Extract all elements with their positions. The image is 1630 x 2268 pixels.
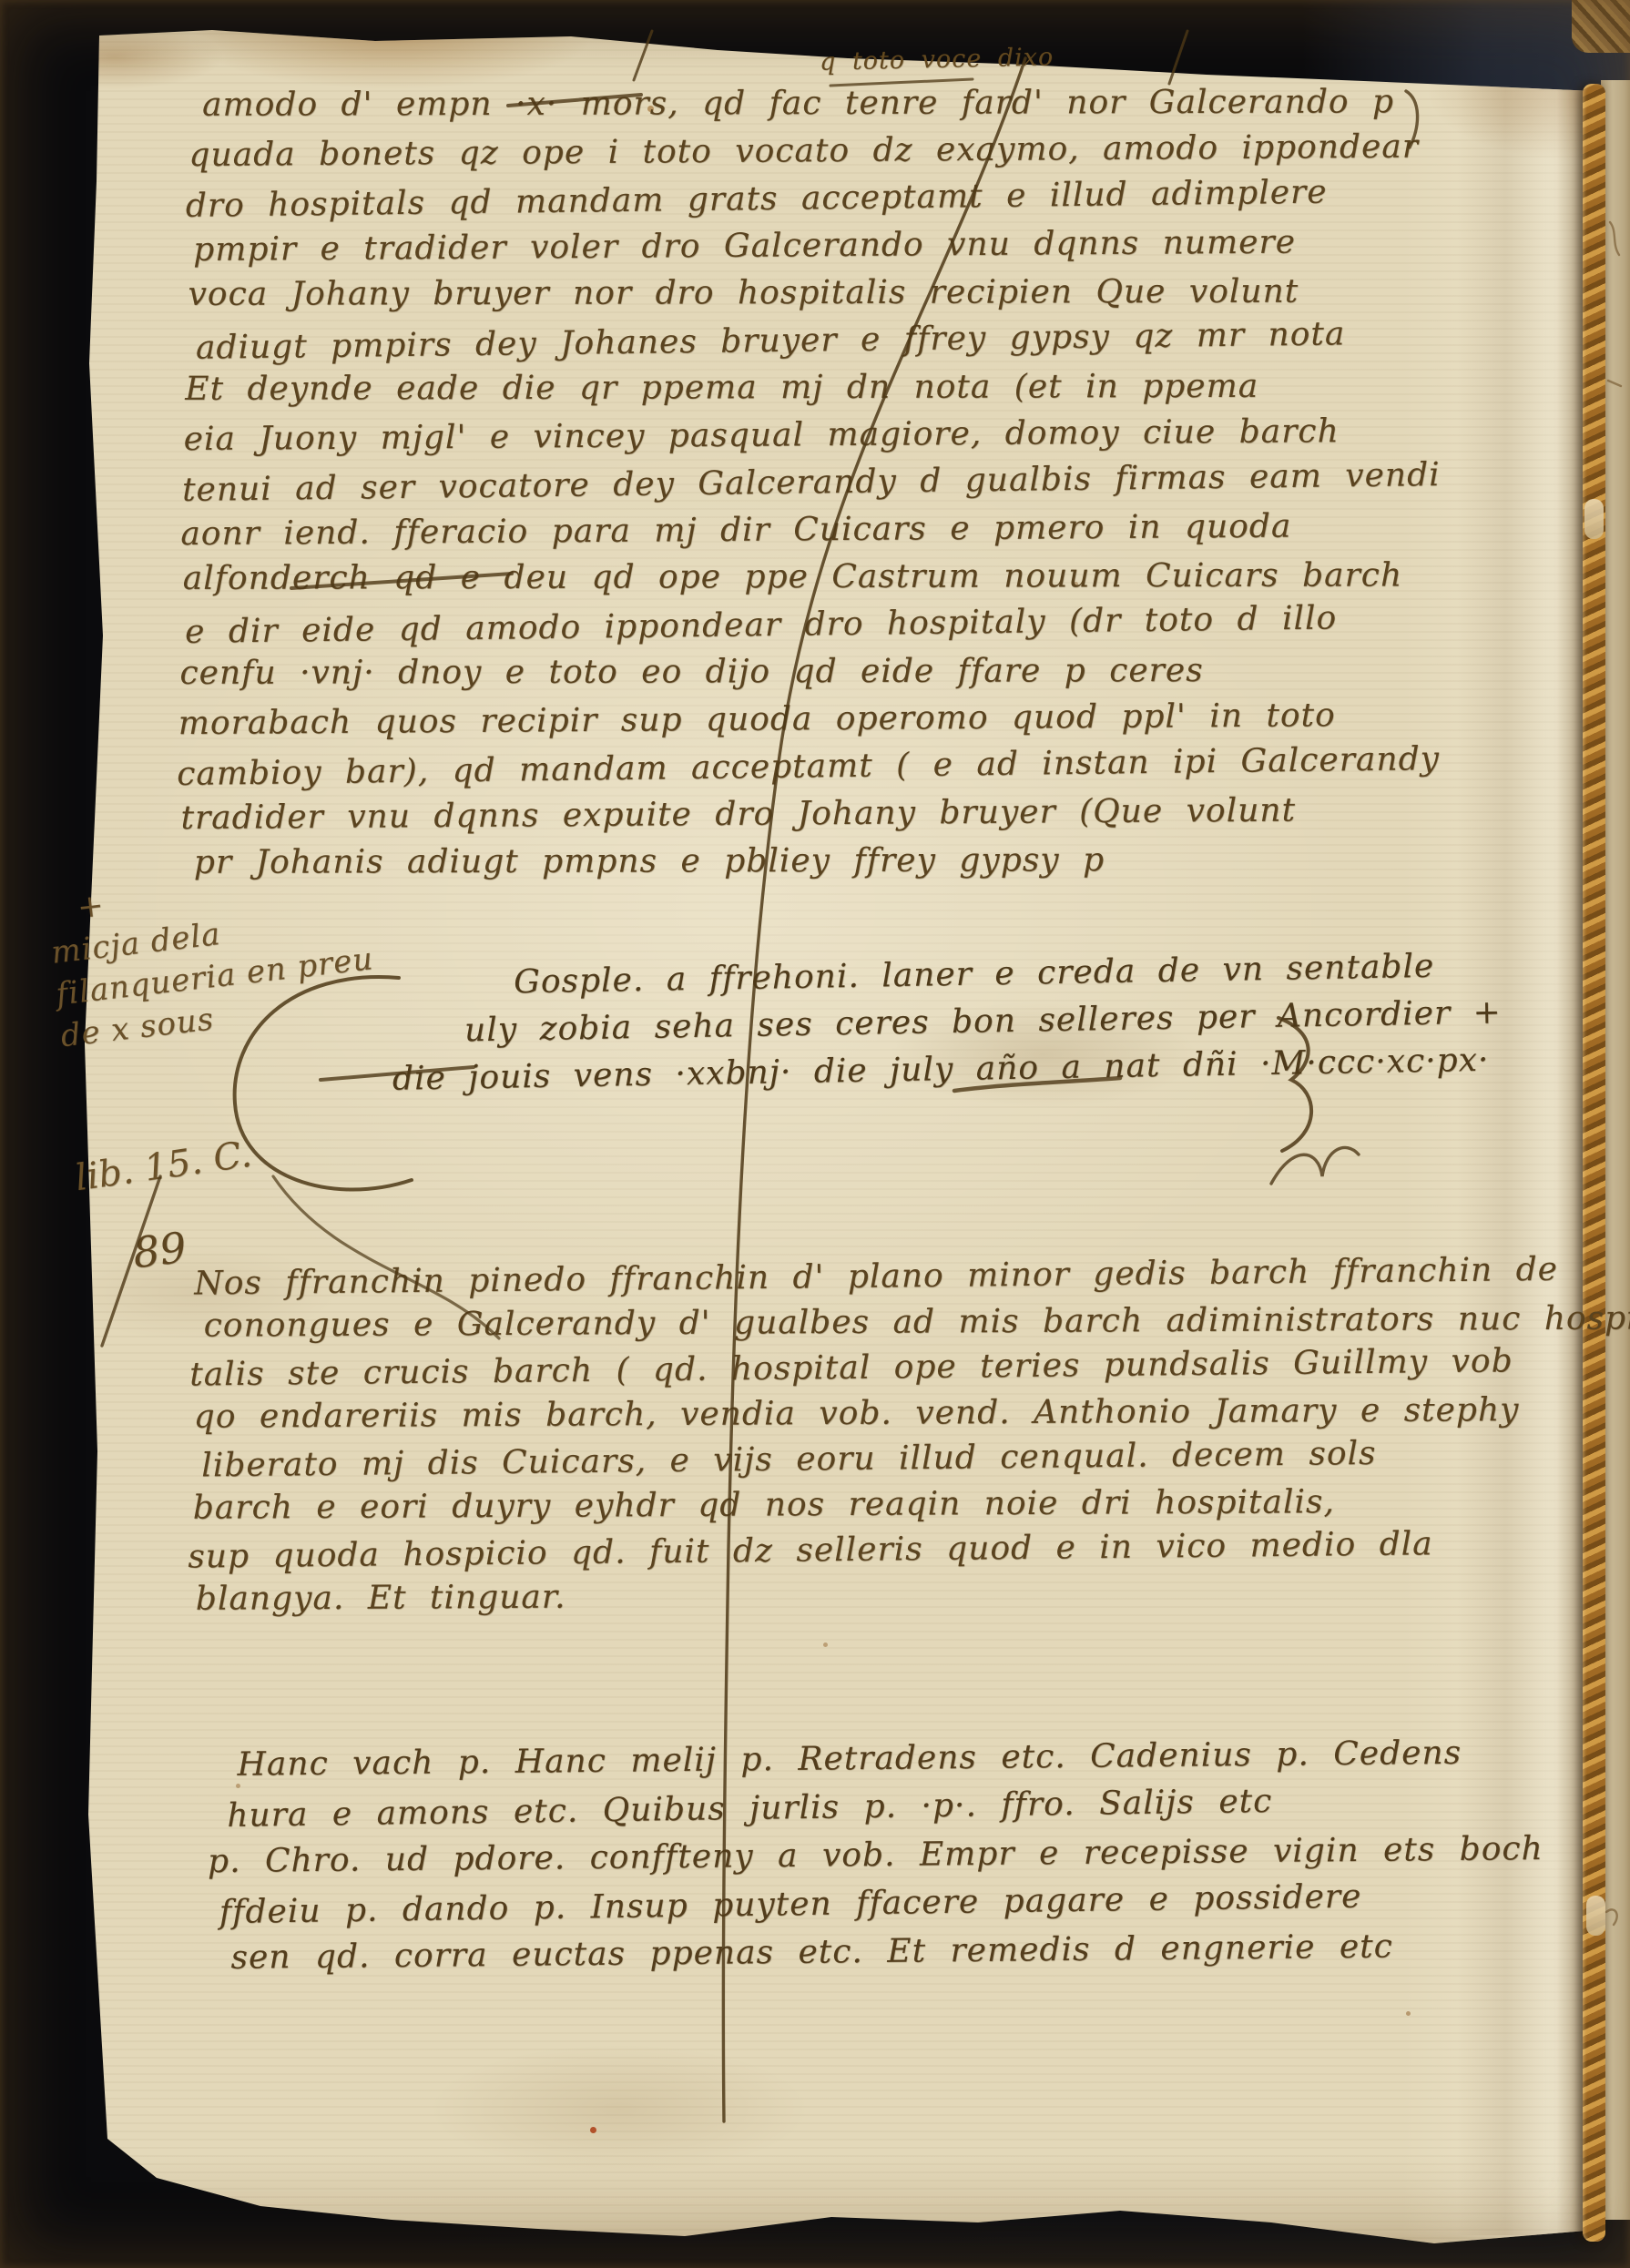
- interline-note: q toto voce dixo: [820, 43, 1054, 76]
- manuscript-line: cenfu ·vnj· dnoy e toto eo dijo qd eide …: [179, 646, 1513, 697]
- manuscript-line: pr Johanis adiugt pmpns e pbliey ffrey g…: [194, 836, 1514, 887]
- margin-note: + micja dela filanqueria en preu de x so…: [45, 855, 381, 1057]
- manuscript-photo: q toto voce dixo amodo d' empn ·x· mors,…: [0, 0, 1630, 2268]
- manuscript-line: Et deynde eade die qr ppema mj dn nota (…: [185, 362, 1511, 413]
- cord-knot: [1586, 1896, 1605, 1936]
- paper-specks: [0, 0, 3, 3]
- margin-folio-number: 89: [130, 1223, 189, 1278]
- registered-entry: Gosple. a ffrehoni. laner e creda de vn …: [377, 943, 1427, 1103]
- manuscript-line: qo endareriis mis barch, vendia vob. ven…: [194, 1388, 1498, 1439]
- paragraph-3: Hanc vach p. Hanc melij p. Retradens etc…: [237, 1725, 1515, 1985]
- manuscript-line: amodo d' empn ·x· mors, qd fac tenre far…: [202, 78, 1509, 129]
- cord-knot: [1584, 499, 1604, 539]
- endband-weave: [1572, 0, 1630, 53]
- manuscript-line: conongues e Galcerandy d' gualbes ad mis…: [204, 1297, 1497, 1348]
- manuscript-line: barch e eori duyry eyhdr qd nos reaqin n…: [193, 1479, 1499, 1531]
- paragraph-1: amodo d' empn ·x· mors, qd fac tenre far…: [179, 76, 1514, 890]
- paragraph-2: Nos ffranchin pinedo ffranchin d' plano …: [194, 1248, 1500, 1626]
- manuscript-line: blangya. Et tinguar.: [196, 1570, 1500, 1622]
